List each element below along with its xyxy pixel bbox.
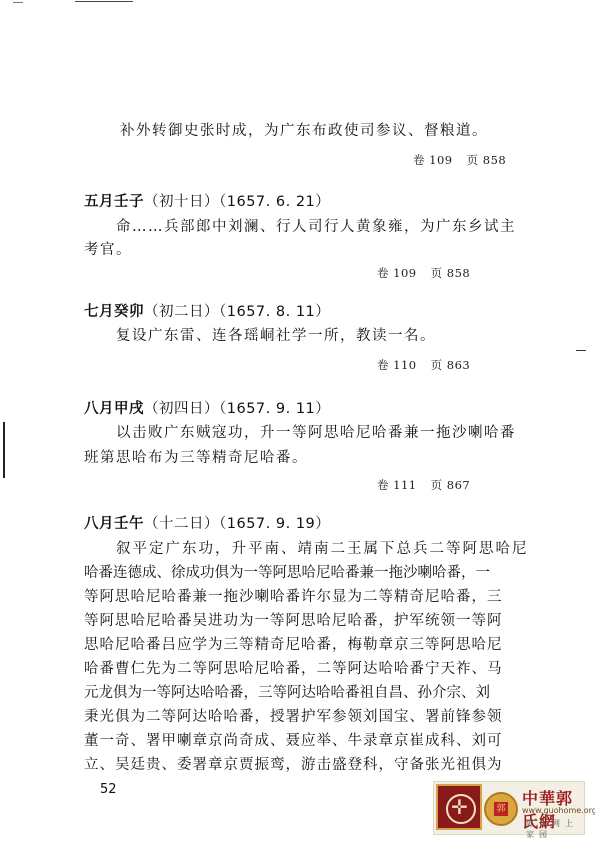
watermark-url: www.guohome.org: [522, 806, 595, 815]
entry-1-heading: 五月壬子（初十日）（1657. 6. 21）: [84, 190, 330, 211]
ref-volume: 卷 109: [413, 153, 453, 167]
entry-1-ref: 卷 109页 858: [377, 265, 470, 281]
entry-2-line-0: 复设广东雷、连各瑶峒社学一所，教读一名。: [116, 324, 436, 345]
page-number: 52: [100, 782, 117, 797]
entry-4-line-5: 哈番曹仁先为二等阿思哈尼哈番，二等阿达哈哈番宁天祚、马: [84, 657, 503, 678]
margin-mark: [576, 350, 586, 351]
entry-3-ref: 卷 111页 867: [377, 477, 470, 493]
heading-lunar: （初十日）: [144, 194, 219, 210]
heading-lunar: （初四日）: [144, 401, 219, 417]
entry-4-line-6: 元龙俱为一等阿达哈哈番，三等阿达哈哈番祖自昌、孙介宗、刘: [84, 681, 490, 702]
heading-date: 七月癸卯: [84, 304, 144, 320]
ref-page: 页 858: [431, 266, 471, 280]
heading-date: 五月壬子: [84, 194, 144, 210]
entry-4-line-0: 叙平定广东功，升平南、靖南二王属下总兵二等阿思哈尼: [116, 537, 529, 558]
heading-gregorian: （1657. 9. 19）: [219, 516, 330, 532]
heading-date: 八月甲戌: [84, 401, 144, 417]
entry-3-line-1: 班第思哈布为三等精奇尼哈番。: [84, 446, 308, 467]
watermark-slogan: 郭氏网上家园: [526, 818, 584, 840]
ref-volume: 卷 110: [377, 358, 417, 372]
emblem-icon: [436, 784, 482, 830]
entry-0-line-0: 补外转御史张时成，为广东布政使司参议、督粮道。: [120, 119, 488, 140]
heading-lunar: （十二日）: [144, 516, 219, 532]
entry-1-line-1: 考官。: [84, 238, 132, 259]
coin-icon: 郭: [484, 792, 518, 826]
entry-2-ref: 卷 110页 863: [377, 357, 470, 373]
ref-page: 页 867: [431, 478, 471, 492]
entry-2-heading: 七月癸卯（初二日）（1657. 8. 11）: [84, 300, 330, 321]
ref-volume: 卷 109: [377, 266, 417, 280]
entry-4-line-2: 等阿思哈尼哈番兼一拖沙喇哈番许尔显为二等精奇尼哈番，三: [84, 585, 503, 606]
entry-4-line-8: 董一奇、署甲喇章京尚奇成、聂应举、牛录章京崔成科、刘可: [84, 729, 503, 750]
entry-4-heading: 八月壬午（十二日）（1657. 9. 19）: [84, 512, 330, 533]
heading-gregorian: （1657. 9. 11）: [219, 401, 330, 417]
entry-0-ref: 卷 109页 858: [413, 152, 506, 168]
heading-date: 八月壬午: [84, 516, 144, 532]
ref-volume: 卷 111: [377, 478, 417, 492]
entry-4-line-7: 秉光俱为二等阿达哈哈番，授署护军参领刘国宝、署前锋参领: [84, 705, 503, 726]
scan-artifact-tick: [13, 2, 23, 3]
entry-4-line-3: 等阿思哈尼哈番吴进功为一等阿思哈尼哈番，护军统领一等阿: [84, 609, 503, 630]
entry-3-heading: 八月甲戌（初四日）（1657. 9. 11）: [84, 397, 330, 418]
heading-gregorian: （1657. 8. 11）: [219, 304, 330, 320]
entry-4-line-1: 哈番连德成、徐成功俱为一等阿思哈尼哈番兼一拖沙喇哈番，一: [84, 561, 490, 582]
heading-gregorian: （1657. 6. 21）: [219, 194, 330, 210]
ref-page: 页 863: [431, 358, 471, 372]
entry-4-line-9: 立、吴廷贵、委署章京贾振鸾，游击盛登科，守备张光祖俱为: [84, 753, 503, 774]
margin-bar: [3, 422, 5, 478]
header-rule: [75, 1, 133, 2]
entry-3-line-0: 以击败广东贼寇功，升一等阿思哈尼哈番兼一拖沙喇哈番: [116, 421, 516, 442]
ref-page: 页 858: [467, 153, 507, 167]
entry-4-line-4: 思哈尼哈番吕应学为三等精奇尼哈番，梅勒章京三等阿思哈尼: [84, 633, 503, 654]
heading-lunar: （初二日）: [144, 304, 219, 320]
watermark-logo: 郭 中華郭氏網 www.guohome.org 郭氏网上家园: [433, 781, 585, 835]
entry-1-line-0: 命……兵部郎中刘澜、行人司行人黄象雍，为广东乡试主: [116, 215, 516, 236]
